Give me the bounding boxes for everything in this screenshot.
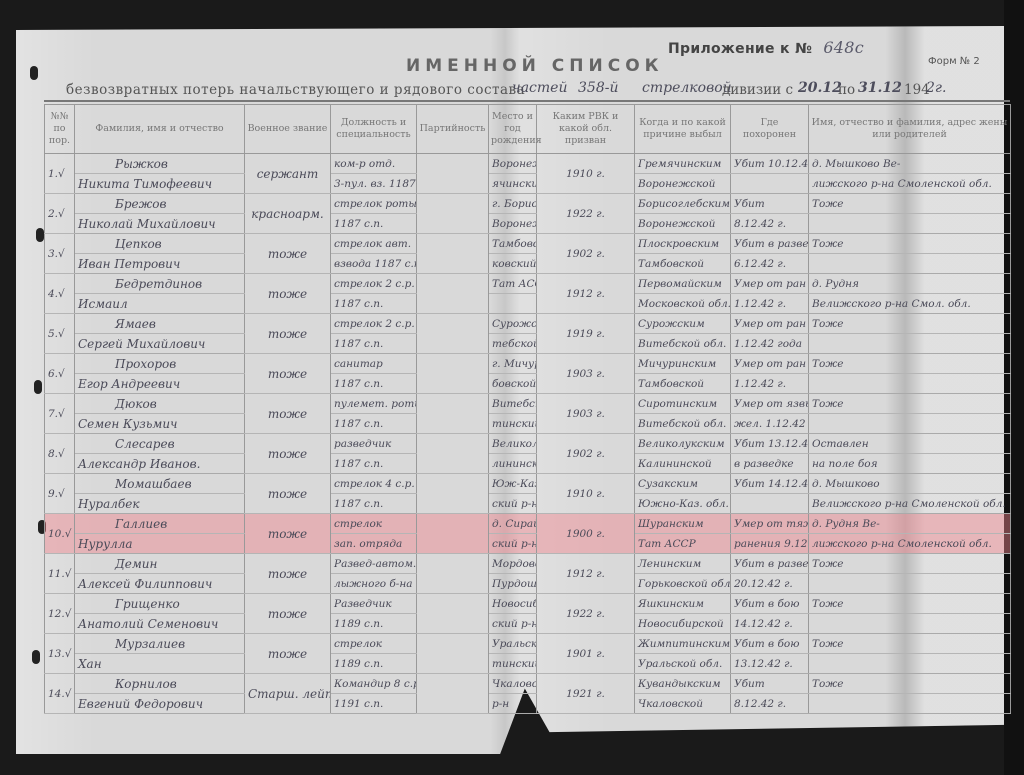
table-row[interactable]: 2.√Брежовкрасноарм.стрелок роты автом.г.…	[45, 194, 1011, 214]
burial-line-2: лижского р-на Смоленской обл.	[809, 534, 1011, 554]
division-label: дивизии с	[722, 82, 793, 98]
unit-fill-3: стрелковой	[642, 80, 732, 96]
rvk-line-1: Первомайским	[635, 274, 731, 294]
document-title: ИМЕННОЙ СПИСОК	[406, 56, 664, 76]
party-membership	[417, 674, 489, 714]
departure-line-1: Умер от язвы	[731, 394, 809, 414]
document-subtitle: безвозвратных потерь начальствующего и р…	[66, 82, 525, 98]
party-membership	[417, 434, 489, 474]
row-number: 2.√	[45, 194, 75, 234]
military-rank: тоже	[245, 434, 331, 474]
given-names: Николай Михайлович	[75, 214, 245, 234]
given-names: Анатолий Семенович	[75, 614, 245, 634]
military-rank: тоже	[245, 354, 331, 394]
rvk-line-1: Гремячинским	[635, 154, 731, 174]
burial-line-1: д. Мышково	[809, 474, 1011, 494]
burial-line-1: Тоже	[809, 234, 1011, 254]
punch-hole	[32, 650, 40, 664]
rvk-line-1: Плоскровским	[635, 234, 731, 254]
burial-line-1: Тоже	[809, 194, 1011, 214]
row-number: 10.√	[45, 514, 75, 554]
rvk-line-2: Уральской обл.	[635, 654, 731, 674]
birth-place-line-2: Воронежской	[489, 214, 537, 234]
rvk-line-2: Новосибирской	[635, 614, 731, 634]
table-row-continuation[interactable]: Анатолий Семенович1189 с.п.ский р-н д. М…	[45, 614, 1011, 634]
birth-place-line-2	[489, 294, 537, 314]
date-to: 31.12	[858, 80, 902, 96]
post-line-1: Командир 8 с.р.	[331, 674, 417, 694]
post-line-1: Разведчик	[331, 594, 417, 614]
post-line-2: 1187 с.п.	[331, 374, 417, 394]
table-row-continuation[interactable]: Никита Тимофеевич3-пул. вз. 1187 с.п.ячи…	[45, 174, 1011, 194]
given-names: Нуралбек	[75, 494, 245, 514]
departure-line-2	[731, 494, 809, 514]
burial-line-2	[809, 694, 1011, 714]
birth-place-line-2: тинский р-н Мер… с/сов.	[489, 654, 537, 674]
table-row-continuation[interactable]: Семен Кузьмич1187 с.п.тинский р-нВитебск…	[45, 414, 1011, 434]
post-line-1: стрелок 4 с.р.	[331, 474, 417, 494]
rvk-line-1: Великолукским	[635, 434, 731, 454]
row-number: 4.√	[45, 274, 75, 314]
col-header-post: Должность и специальность	[331, 105, 417, 154]
burial-line-2: лижского р-на Смоленской обл.	[809, 174, 1011, 194]
rvk-line-1: Яшкинским	[635, 594, 731, 614]
birth-place-line-2: тинский р-н	[489, 414, 537, 434]
burial-line-2	[809, 374, 1011, 394]
birth-year: 1912 г.	[537, 554, 635, 594]
given-names: Сергей Михайлович	[75, 334, 245, 354]
birth-place-line-1: Новосибирская обл. Яшкин-	[489, 594, 537, 614]
post-line-2: 3-пул. вз. 1187 с.п.	[331, 174, 417, 194]
row-number: 3.√	[45, 234, 75, 274]
burial-line-1: Оставлен	[809, 434, 1011, 454]
rvk-line-1: Сузакским	[635, 474, 731, 494]
military-rank: сержант	[245, 154, 331, 194]
post-line-2: 1187 с.п.	[331, 454, 417, 474]
rvk-line-2: Чкаловской	[635, 694, 731, 714]
departure-line-1: Убит 13.12.42 г.	[731, 434, 809, 454]
military-rank: тоже	[245, 594, 331, 634]
post-line-1: разведчик	[331, 434, 417, 454]
burial-line-2: Велижского р-на Смол. обл.	[809, 294, 1011, 314]
departure-line-1: Убит в развед.	[731, 554, 809, 574]
given-names: Исмаил	[75, 294, 245, 314]
birth-year: 1912 г.	[537, 274, 635, 314]
row-number: 8.√	[45, 434, 75, 474]
surname: Бедретдинов	[75, 274, 245, 294]
surname: Ямаев	[75, 314, 245, 334]
table-row-continuation[interactable]: Николай Михайлович1187 с.п.ВоронежскойВо…	[45, 214, 1011, 234]
surname: Прохоров	[75, 354, 245, 374]
birth-place-line-1: Великолукский р-н Ка-	[489, 434, 537, 454]
burial-line-1: д. Мышково Ве-	[809, 154, 1011, 174]
departure-line-2: 8.12.42 г.	[731, 694, 809, 714]
birth-year: 1910 г.	[537, 474, 635, 514]
header-rule	[44, 100, 1010, 102]
given-names: Алексей Филиппович	[75, 574, 245, 594]
post-line-1: Развед-автом.	[331, 554, 417, 574]
departure-line-2	[731, 174, 809, 194]
surname: Рыжков	[75, 154, 245, 174]
table-row[interactable]: 5.√Ямаевтожестрелок 2 с.р.Сурожский р-н …	[45, 314, 1011, 334]
rvk-line-1: Сурожским	[635, 314, 731, 334]
post-line-2: 1187 с.п.	[331, 414, 417, 434]
birth-year: 1902 г.	[537, 234, 635, 274]
party-membership	[417, 234, 489, 274]
surname: Корнилов	[75, 674, 245, 694]
surname: Демин	[75, 554, 245, 574]
col-header-kin: Имя, отчество и фамилия, адрес жены или …	[809, 105, 1011, 154]
burial-line-1: д. Рудня	[809, 274, 1011, 294]
annex-label: Приложение к №	[668, 41, 812, 57]
rvk-line-2: Калининской	[635, 454, 731, 474]
departure-line-2: в разведке	[731, 454, 809, 474]
punch-hole	[36, 228, 44, 242]
birth-year: 1903 г.	[537, 354, 635, 394]
departure-line-2: 14.12.42 г.	[731, 614, 809, 634]
post-line-1: ком-р отд.	[331, 154, 417, 174]
departure-line-2: 1.12.42 г.	[731, 294, 809, 314]
birth-place-line-2: лининской обл.	[489, 454, 537, 474]
post-line-1: стрелок авт.	[331, 234, 417, 254]
punch-hole	[34, 380, 42, 394]
post-line-1: стрелок 2 с.р.	[331, 274, 417, 294]
annex-reference: Приложение к № 648с	[668, 38, 864, 57]
burial-line-2	[809, 654, 1011, 674]
table-row-continuation[interactable]: Иван Петровичвзвода 1187 с.п.ковский р-н…	[45, 254, 1011, 274]
col-header-number: №№ по пор.	[45, 105, 75, 154]
birth-place-line-2: ский р-н д. Можево	[489, 614, 537, 634]
burial-line-1: Тоже	[809, 394, 1011, 414]
party-membership	[417, 274, 489, 314]
party-membership	[417, 594, 489, 634]
table-row[interactable]: 12.√ГрищенкотожеРазведчикНовосибирская о…	[45, 594, 1011, 614]
military-rank: тоже	[245, 634, 331, 674]
departure-line-1: Умер от тяжел.	[731, 514, 809, 534]
party-membership	[417, 474, 489, 514]
birth-place-line-2: ский р-н Тат АССР	[489, 534, 537, 554]
row-number: 1.√	[45, 154, 75, 194]
birth-place-line-2: р-н	[489, 694, 537, 714]
departure-line-1: Умер от ран	[731, 314, 809, 334]
departure-line-1: Убит	[731, 674, 809, 694]
rvk-line-1: Борисоглебским	[635, 194, 731, 214]
burial-line-2	[809, 254, 1011, 274]
burial-line-1: Тоже	[809, 554, 1011, 574]
military-rank: тоже	[245, 514, 331, 554]
post-line-2: 1191 с.п.	[331, 694, 417, 714]
unit-fill-2: 358-й	[578, 80, 618, 96]
rvk-line-2: Южно-Каз. обл.	[635, 494, 731, 514]
post-line-2: 1189 с.п.	[331, 654, 417, 674]
post-line-1: пулемет. роты	[331, 394, 417, 414]
birth-place-line-2: ячинский р-н	[489, 174, 537, 194]
rvk-line-1: Кувандыкским	[635, 674, 731, 694]
table-row-continuation[interactable]: Алексей Филипповичлыжного б-наПурдошанск…	[45, 574, 1011, 594]
military-rank: Старш. лейтенант	[245, 674, 331, 714]
birth-year: 1922 г.	[537, 594, 635, 634]
col-header-birth: Место и год рождения	[489, 105, 537, 154]
table-row[interactable]: 13.√МурзалиевтожестрелокУральская обл. Ж…	[45, 634, 1011, 654]
rvk-line-2: Воронежской	[635, 214, 731, 234]
rvk-line-2: Горьковской обл.	[635, 574, 731, 594]
rvk-line-2: Тамбовской	[635, 374, 731, 394]
rvk-line-1: Сиротинским	[635, 394, 731, 414]
table-row-continuation[interactable]: Нуруллазап. отрядаский р-н Тат АССРТат А…	[45, 534, 1011, 554]
surname: Дюков	[75, 394, 245, 414]
birth-year: 1900 г.	[537, 514, 635, 554]
table-row-continuation[interactable]: Хан1189 с.п.тинский р-н Мер… с/сов.Ураль…	[45, 654, 1011, 674]
birth-year: 1922 г.	[537, 194, 635, 234]
post-line-2: 1187 с.п.	[331, 494, 417, 514]
military-rank: тоже	[245, 474, 331, 514]
table-row-continuation[interactable]: Евгений Федорович1191 с.п.р-нЧкаловской8…	[45, 694, 1011, 714]
col-header-departure: Когда и по какой причине выбыл	[635, 105, 731, 154]
departure-line-1: Убит в разведке	[731, 234, 809, 254]
military-rank: красноарм.	[245, 194, 331, 234]
birth-year: 1921 г.	[537, 674, 635, 714]
post-line-1: стрелок	[331, 514, 417, 534]
party-membership	[417, 554, 489, 594]
col-header-rank: Военное звание	[245, 105, 331, 154]
table-row[interactable]: 3.√Цепковтожестрелок авт.Тамбовская обл.…	[45, 234, 1011, 254]
rvk-line-2: Тамбовской	[635, 254, 731, 274]
party-membership	[417, 154, 489, 194]
post-line-2: 1187 с.п.	[331, 214, 417, 234]
table-row[interactable]: 11.√ДеминтожеРазвед-автом.Мордовская АСС…	[45, 554, 1011, 574]
departure-line-2: 13.12.42 г.	[731, 654, 809, 674]
birth-place-line-1: Юж-Каз. обл. Сузак-	[489, 474, 537, 494]
birth-place-line-2: ский р-н	[489, 494, 537, 514]
table-row[interactable]: 4.√Бедретдиновтожестрелок 2 с.р.Тат АССР…	[45, 274, 1011, 294]
rvk-line-1: Жимпитинским	[635, 634, 731, 654]
birth-year: 1901 г.	[537, 634, 635, 674]
table-row[interactable]: 7.√Дюковтожепулемет. ротыВитебская обл. …	[45, 394, 1011, 414]
table-body: 1.√Рыжковсержантком-р отд.Воронежская об…	[45, 154, 1011, 714]
departure-line-2: жел. 1.12.42 г.	[731, 414, 809, 434]
departure-line-1: Умер от ран	[731, 354, 809, 374]
given-names: Евгений Федорович	[75, 694, 245, 714]
given-names: Иван Петрович	[75, 254, 245, 274]
table-row-continuation[interactable]: Сергей Михайлович1187 с.п.тебской обл.Ви…	[45, 334, 1011, 354]
military-rank: тоже	[245, 394, 331, 434]
table-header-row: №№ по пор. Фамилия, имя и отчество Военн…	[45, 105, 1011, 154]
departure-line-1: Убит в бою	[731, 594, 809, 614]
party-membership	[417, 514, 489, 554]
date-from: 20.12	[798, 80, 842, 96]
surname: Мурзалиев	[75, 634, 245, 654]
table-row[interactable]: 1.√Рыжковсержантком-р отд.Воронежская об…	[45, 154, 1011, 174]
rvk-line-2: Воронежской	[635, 174, 731, 194]
rvk-line-1: Ленинским	[635, 554, 731, 574]
table-row[interactable]: 14.√КорниловСтарш. лейтенантКомандир 8 с…	[45, 674, 1011, 694]
table-row[interactable]: 10.√Галлиевтожестрелокд. Сирай Шугур Шур…	[45, 514, 1011, 534]
surname: Слесарев	[75, 434, 245, 454]
post-line-1: стрелок	[331, 634, 417, 654]
birth-place-line-1: Мордовская АССР	[489, 554, 537, 574]
col-header-party: Партийность	[417, 105, 489, 154]
party-membership	[417, 354, 489, 394]
birth-place-line-1: Уральская обл. Жимпе-	[489, 634, 537, 654]
burial-line-1: д. Рудня Ве-	[809, 514, 1011, 534]
table-row-continuation[interactable]: Исмаил1187 с.п.Московской обл.1.12.42 г.…	[45, 294, 1011, 314]
given-names: Егор Андреевич	[75, 374, 245, 394]
rvk-line-2: Витебской обл.	[635, 334, 731, 354]
casualty-table: №№ по пор. Фамилия, имя и отчество Военн…	[44, 104, 1011, 714]
birth-place-line-1: г. Мичуринск Там-	[489, 354, 537, 374]
row-number: 12.√	[45, 594, 75, 634]
party-membership	[417, 194, 489, 234]
departure-line-2: 6.12.42 г.	[731, 254, 809, 274]
table-row[interactable]: 9.√Момашбаевтожестрелок 4 с.р.Юж-Каз. об…	[45, 474, 1011, 494]
birth-place-line-1: д. Сирай Шугур Шуран-	[489, 514, 537, 534]
rvk-line-1: Шуранским	[635, 514, 731, 534]
row-number: 5.√	[45, 314, 75, 354]
birth-place-line-2: ковский р-н	[489, 254, 537, 274]
row-number: 13.√	[45, 634, 75, 674]
row-number: 9.√	[45, 474, 75, 514]
rvk-line-2: Московской обл.	[635, 294, 731, 314]
departure-line-2: 20.12.42 г.	[731, 574, 809, 594]
military-rank: тоже	[245, 274, 331, 314]
punch-hole	[30, 66, 38, 80]
burial-line-2	[809, 414, 1011, 434]
row-number: 11.√	[45, 554, 75, 594]
departure-line-1: Убит	[731, 194, 809, 214]
post-line-2: взвода 1187 с.п.	[331, 254, 417, 274]
given-names: Хан	[75, 654, 245, 674]
departure-line-2: 1.12.42 г.	[731, 374, 809, 394]
departure-line-2: 8.12.42 г.	[731, 214, 809, 234]
burial-line-1: Тоже	[809, 314, 1011, 334]
military-rank: тоже	[245, 314, 331, 354]
burial-line-2	[809, 614, 1011, 634]
post-line-2: зап. отряда	[331, 534, 417, 554]
burial-line-2	[809, 334, 1011, 354]
birth-place-line-1: Тат АССР	[489, 274, 537, 294]
given-names: Никита Тимофеевич	[75, 174, 245, 194]
burial-line-2	[809, 214, 1011, 234]
rvk-line-2: Витебской обл.	[635, 414, 731, 434]
burial-line-1: Тоже	[809, 674, 1011, 694]
rvk-line-1: Мичуринским	[635, 354, 731, 374]
burial-line-1: Тоже	[809, 594, 1011, 614]
party-membership	[417, 314, 489, 354]
post-line-1: стрелок 2 с.р.	[331, 314, 417, 334]
given-names: Нурулла	[75, 534, 245, 554]
col-header-rvk: Каким РВК и какой обл. призван	[537, 105, 635, 154]
surname: Грищенко	[75, 594, 245, 614]
departure-line-1: Убит 10.12.42 г.	[731, 154, 809, 174]
post-line-1: санитар	[331, 354, 417, 374]
burial-line-1: Тоже	[809, 354, 1011, 374]
post-line-2: 1189 с.п.	[331, 614, 417, 634]
unit-fill-1: частей	[512, 80, 567, 96]
birth-place-line-2: тебской обл.	[489, 334, 537, 354]
post-line-2: 1187 с.п.	[331, 334, 417, 354]
party-membership	[417, 634, 489, 674]
post-line-2: лыжного б-на	[331, 574, 417, 594]
annex-number: 648с	[823, 38, 864, 57]
party-membership	[417, 394, 489, 434]
birth-place-line-1: Чкаловская обл. Кувандыкский	[489, 674, 537, 694]
form-number: Форм № 2	[928, 56, 980, 67]
table-row-continuation[interactable]: Александр Иванов.1187 с.п.лининской обл.…	[45, 454, 1011, 474]
birth-place-line-1: Тамбовская обл. Плас-	[489, 234, 537, 254]
military-rank: тоже	[245, 234, 331, 274]
departure-line-1: Убит 14.12.42	[731, 474, 809, 494]
given-names: Александр Иванов.	[75, 454, 245, 474]
burial-line-2: на поле боя	[809, 454, 1011, 474]
row-number: 14.√	[45, 674, 75, 714]
burial-line-2	[809, 574, 1011, 594]
surname: Галлиев	[75, 514, 245, 534]
table-row-continuation[interactable]: Егор Андреевич1187 с.п.бовской обл.Тамбо…	[45, 374, 1011, 394]
birth-year: 1903 г.	[537, 394, 635, 434]
given-names: Семен Кузьмич	[75, 414, 245, 434]
col-header-name: Фамилия, имя и отчество	[75, 105, 245, 154]
birth-place-line-2: Пурдошанский р-н с. Пурдошки	[489, 574, 537, 594]
birth-place-line-1: Сурожский р-н Ви-	[489, 314, 537, 334]
birth-place-line-1: г. Борисоглебск	[489, 194, 537, 214]
birth-year: 1910 г.	[537, 154, 635, 194]
surname: Момашбаев	[75, 474, 245, 494]
year-fill: 2г.	[926, 80, 946, 96]
rvk-line-2: Тат АССР	[635, 534, 731, 554]
table-row[interactable]: 6.√Прохоровтожесанитарг. Мичуринск Там-1…	[45, 354, 1011, 374]
birth-year: 1919 г.	[537, 314, 635, 354]
birth-year: 1902 г.	[537, 434, 635, 474]
burial-line-2: Велижского р-на Смоленской обл.	[809, 494, 1011, 514]
birth-place-line-1: Воронежская обл. Грем-	[489, 154, 537, 174]
surname: Брежов	[75, 194, 245, 214]
departure-line-1: Умер от ран	[731, 274, 809, 294]
col-header-burial: Где похоронен	[731, 105, 809, 154]
table-row-continuation[interactable]: Нуралбек1187 с.п.ский р-нЮжно-Каз. обл.В…	[45, 494, 1011, 514]
departure-line-1: Убит в бою	[731, 634, 809, 654]
surname: Цепков	[75, 234, 245, 254]
military-rank: тоже	[245, 554, 331, 594]
post-line-1: стрелок роты автом.	[331, 194, 417, 214]
birth-place-line-2: бовской обл.	[489, 374, 537, 394]
departure-line-2: 1.12.42 года	[731, 334, 809, 354]
row-number: 7.√	[45, 394, 75, 434]
row-number: 6.√	[45, 354, 75, 394]
date-to-label: по	[838, 82, 855, 98]
post-line-2: 1187 с.п.	[331, 294, 417, 314]
table-row[interactable]: 8.√СлесаревтожеразведчикВеликолукский р-…	[45, 434, 1011, 454]
departure-line-2: ранения 9.12.42	[731, 534, 809, 554]
birth-place-line-1: Витебская обл. Суро-	[489, 394, 537, 414]
burial-line-1: Тоже	[809, 634, 1011, 654]
